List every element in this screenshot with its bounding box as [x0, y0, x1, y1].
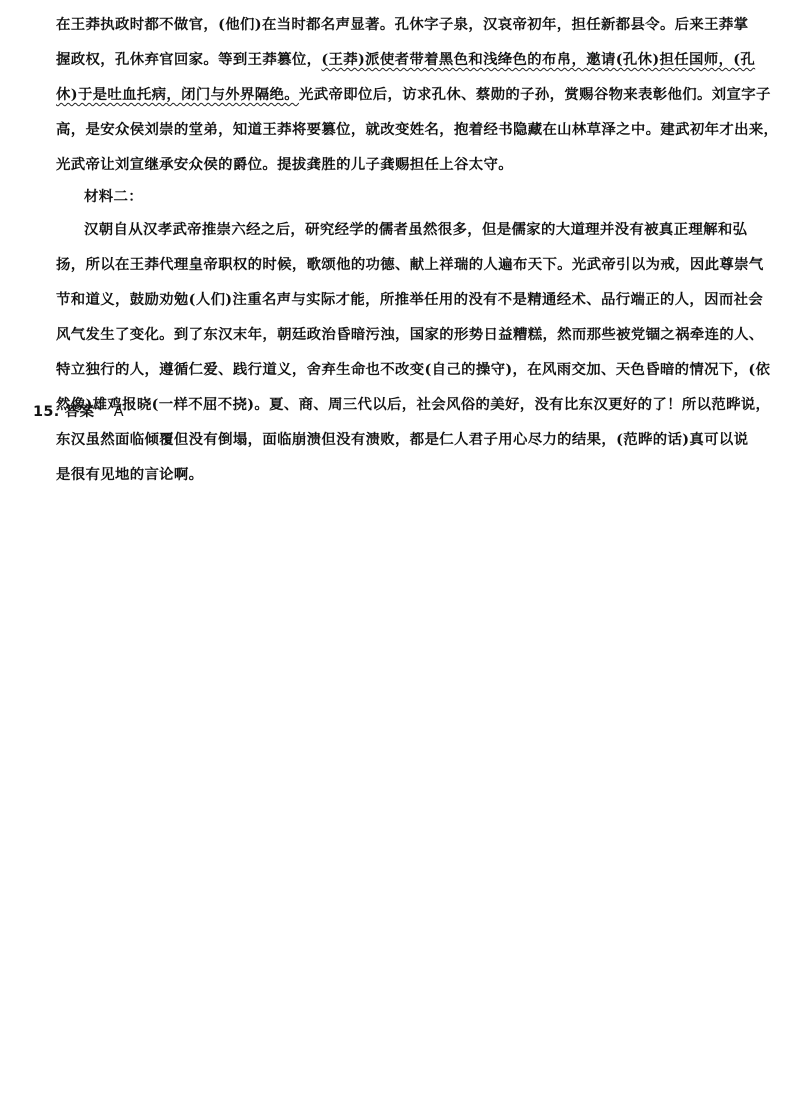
material-two-line: 风气发生了变化。到了东汉末年，朝廷政治昏暗污浊，国家的形势日益糟糕，然而那些被党…: [56, 325, 746, 345]
wavy-underlined-text: (王莽)派使者带着黑色和浅绛色的布帛，邀请(孔休)担任国师，(孔: [321, 51, 755, 68]
material-two-line: 东汉虽然面临倾覆但没有倒塌，面临崩溃但没有溃败，都是仁人君子用心尽力的结果，(范…: [56, 430, 746, 450]
material-two-line: 特立独行的人，遵循仁爱、践行道义，舍弃生命也不改变(自己的操守)，在风雨交加、天…: [56, 360, 746, 380]
material-two-heading: 材料二：: [84, 187, 774, 207]
question-15-answer: 15. 答案 A: [33, 402, 723, 422]
material-one-line: 光武帝让刘宣继承安众侯的爵位。提拔龚胜的儿子龚赐担任上谷太守。: [56, 155, 746, 175]
wavy-underlined-text: 休)于是吐血托病，闭门与外界隔绝。: [56, 86, 299, 103]
material-two-line: 汉朝自从汉孝武帝推崇六经之后，研究经学的儒者虽然很多，但是儒家的大道理并没有被真…: [84, 220, 774, 240]
material-one-line: 握政权，孔休弃官回家。等到王莽篡位，(王莽)派使者带着黑色和浅绛色的布帛，邀请(…: [56, 50, 746, 70]
document-page: 在王莽执政时都不做官，(他们)在当时都名声显著。孔休字子泉，汉哀帝初年，担任新都…: [0, 0, 800, 1114]
material-one-line: 在王莽执政时都不做官，(他们)在当时都名声显著。孔休字子泉，汉哀帝初年，担任新都…: [56, 15, 746, 35]
material-two-line: 节和道义，鼓励劝勉(人们)注重名声与实际才能，所推举任用的没有不是精通经术、品行…: [56, 290, 746, 310]
material-two-line: 扬，所以在王莽代理皇帝职权的时候，歌颂他的功德、献上祥瑞的人遍布天下。光武帝引以…: [56, 255, 746, 275]
material-one-line: 休)于是吐血托病，闭门与外界隔绝。光武帝即位后，访求孔休、蔡勋的子孙，赏赐谷物来…: [56, 85, 746, 105]
material-one-line: 高，是安众侯刘崇的堂弟，知道王莽将要篡位，就改变姓名，抱着经书隐藏在山林草泽之中…: [56, 120, 746, 140]
material-two-line: 是很有见地的言论啊。: [56, 465, 746, 485]
